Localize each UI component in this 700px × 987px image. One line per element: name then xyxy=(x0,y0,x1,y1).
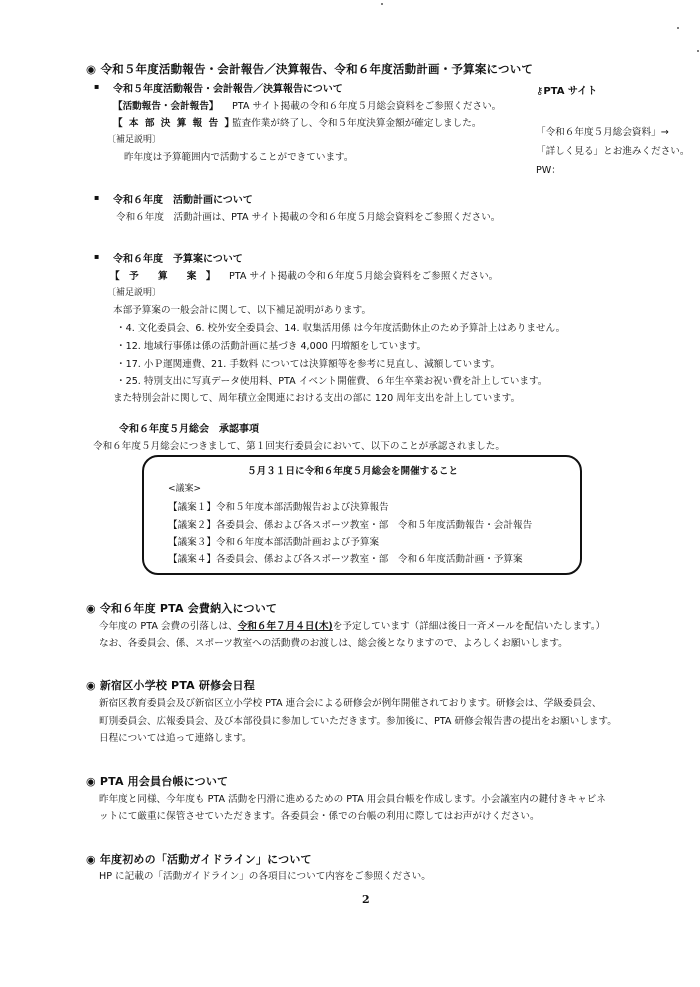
note-text: 昨年度は予算範囲内で活動することができています。 xyxy=(124,149,353,163)
page-number: 2 xyxy=(362,893,370,906)
budget-item: ・17. 小Ｐ運関連費、21. 手数料 については決算額等を参考に見直し、減額し… xyxy=(116,356,500,370)
agenda-item: 【議案１】令和５年度本部活動報告および決算報告 xyxy=(168,499,389,513)
note-label: 〔補足説明〕 xyxy=(107,132,161,145)
section-heading-pta-fee: ◉ 令和６年度 PTA 会費納入について xyxy=(86,600,277,616)
agenda-label: <議案> xyxy=(168,481,201,494)
pta-fee-text-post: を予定しています（詳細は後日一斉メールを配信いたします。） xyxy=(333,621,605,632)
training-line: 新宿区教育委員会及び新宿区立小学校 PTA 連合会による研修会が例年開催されてお… xyxy=(99,695,601,709)
section-heading-member-ledger: ◉ PTA 用会員台帳について xyxy=(86,773,228,789)
agenda-item: 【議案４】各委員会、係および各スポーツ教室・部 令和６年度活動計画・予算案 xyxy=(168,551,523,565)
label-settlement-report: 【 本 部 決 算 報 告 】 xyxy=(113,115,236,129)
pta-site-title-text: PTA サイト xyxy=(543,86,597,97)
sidebar-line1: 「令和６年度５月総会資料」→ xyxy=(536,124,669,138)
ledger-line: 昨年度と同様、今年度も PTA 活動を円滑に進めるための PTA 用会員台帳を作… xyxy=(99,791,606,805)
guideline-text: HP に記載の「活動ガイドライン」の各項目について内容をご参照ください。 xyxy=(99,868,431,882)
training-line: 日程については追って連絡します。 xyxy=(99,730,252,744)
ledger-line: ットにて厳重に保管させていただきます。各委員会・係での台帳の利用に際してはお声が… xyxy=(99,808,540,822)
pta-site-sidebar-title: ⚷PTA サイト xyxy=(536,82,597,97)
approval-title: 令和６年度５月総会 承認事項 xyxy=(119,420,259,435)
bullet-icon: ▪ xyxy=(94,82,99,91)
section-heading-guideline: ◉ 年度初めの「活動ガイドライン」について xyxy=(86,851,312,867)
approval-text: 令和６年度５月総会につきまして、第１回実行委員会において、以下のことが承認されま… xyxy=(93,438,505,452)
budget-item: ・12. 地域行事係は係の活動計画に基づき 4,000 円増額をしています。 xyxy=(116,338,426,352)
text-r6-plan: 令和６年度 活動計画は、PTA サイト掲載の令和６年度５月総会資料をご参照くださ… xyxy=(116,209,500,223)
scan-speck xyxy=(381,3,383,5)
bullet-icon: ▪ xyxy=(94,193,99,202)
text-budget: PTA サイト掲載の令和６年度５月総会資料をご参照ください。 xyxy=(229,268,498,282)
subheading-r5-report: 令和５年度活動報告・会計報告／決算報告について xyxy=(113,80,343,95)
pta-fee-line2: なお、各委員会、係、スポーツ教室への活動費のお渡しは、総会後となりますので、よろ… xyxy=(99,635,568,649)
budget-closing: また特別会計に関して、周年積立金関連における支出の部に 120 周年支出を計上し… xyxy=(113,390,520,404)
text-activity-report: PTA サイト掲載の令和６年度５月総会資料をご参照ください。 xyxy=(232,98,501,112)
budget-item: ・4. 文化委員会、6. 校外安全委員会、14. 収集活用係 は今年度活動休止の… xyxy=(116,320,565,334)
training-line: 町別委員会、広報委員会、及び本部役員に参加していただきます。参加後に、PTA 研… xyxy=(99,713,617,727)
label-activity-report: 【活動報告・会計報告】 xyxy=(113,98,219,112)
pta-fee-text-pre: 今年度の PTA 会費の引落しは、 xyxy=(99,621,238,632)
scan-speck xyxy=(677,27,679,29)
approval-headline: ５月３１日に令和６年度５月総会を開催すること xyxy=(247,463,458,477)
pta-fee-date: 令和６年７月４日(木) xyxy=(238,621,333,632)
text-settlement-report: 監査作業が終了し、令和５年度決算金額が確定しました。 xyxy=(232,115,481,129)
subheading-r6-budget: 令和６年度 予算案について xyxy=(113,250,243,265)
budget-item: ・25. 特別支出に写真データ使用料、PTA イベント開催費、６年生卒業お祝い費… xyxy=(116,373,547,387)
subheading-r6-plan: 令和６年度 活動計画について xyxy=(113,191,253,206)
budget-intro: 本部予算案の一般会計に関して、以下補足説明があります。 xyxy=(113,302,371,316)
bullet-icon: ▪ xyxy=(94,252,99,261)
label-budget: 【 予 算 案 】 xyxy=(110,268,216,282)
sidebar-line2: 「詳しく見る」とお進みください。 xyxy=(536,143,690,157)
section-heading-training: ◉ 新宿区小学校 PTA 研修会日程 xyxy=(86,677,255,693)
agenda-item: 【議案２】各委員会、係および各スポーツ教室・部 令和５年度活動報告・会計報告 xyxy=(168,517,532,531)
sidebar-pw-label: PW： xyxy=(536,162,561,176)
scan-speck xyxy=(697,50,699,52)
agenda-item: 【議案３】令和６年度本部活動計画および予算案 xyxy=(168,534,379,548)
note-label: 〔補足説明〕 xyxy=(107,285,161,298)
section-heading-reports: ◉ 令和５年度活動報告・会計報告／決算報告、令和６年度活動計画・予算案について xyxy=(86,61,533,77)
pta-fee-line1: 今年度の PTA 会費の引落しは、令和６年７月４日(木)を予定しています（詳細は… xyxy=(99,618,605,632)
